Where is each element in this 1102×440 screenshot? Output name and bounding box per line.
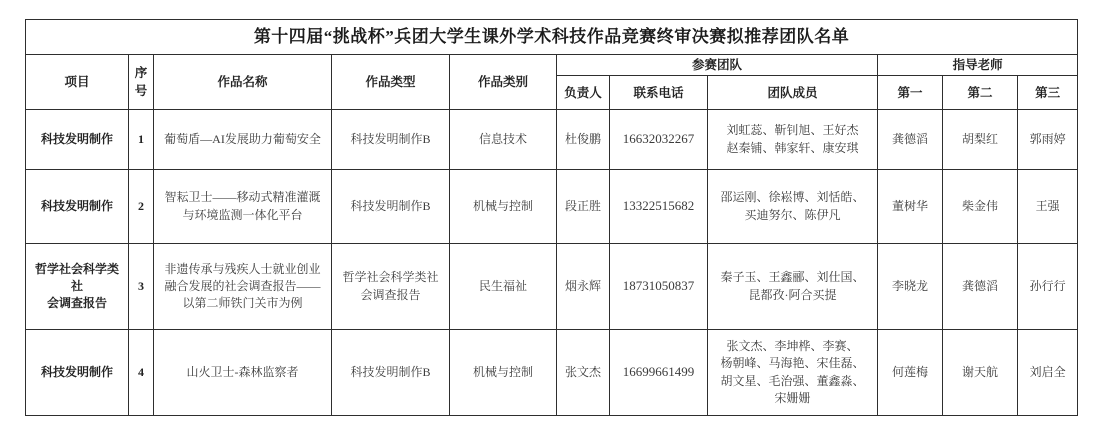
cell-advisor-third: 王强 <box>1018 170 1078 244</box>
col-header-work-name: 作品名称 <box>154 55 332 110</box>
title-row: 第十四届“挑战杯”兵团大学生课外学术科技作品竞赛终审决赛拟推荐团队名单 <box>26 20 1078 55</box>
cell-work-category: 民生福祉 <box>450 244 557 330</box>
cell-work-type: 科技发明制作B <box>332 110 450 170</box>
cell-advisor-first: 龚德滔 <box>878 110 943 170</box>
cell-advisor-third: 刘启全 <box>1018 330 1078 416</box>
cell-work-type: 科技发明制作B <box>332 330 450 416</box>
header-group-row: 项目 序 号 作品名称 作品类型 作品类别 参赛团队 指导老师 <box>26 55 1078 76</box>
cell-work-name: 智耘卫士——移动式精准灌溉 与环境监测一体化平台 <box>154 170 332 244</box>
cell-project: 科技发明制作 <box>26 330 129 416</box>
cell-phone: 18731050837 <box>610 244 708 330</box>
cell-members: 刘虹蕊、靳钊旭、王好杰 赵秦铺、韩家轩、康安琪 <box>708 110 878 170</box>
cell-work-category: 信息技术 <box>450 110 557 170</box>
cell-seq: 1 <box>129 110 154 170</box>
cell-phone: 16699661499 <box>610 330 708 416</box>
cell-phone: 13322515682 <box>610 170 708 244</box>
col-header-phone: 联系电话 <box>610 76 708 110</box>
document-page: 第十四届“挑战杯”兵团大学生课外学术科技作品竞赛终审决赛拟推荐团队名单 项目 序… <box>0 0 1102 440</box>
cell-members: 邵运刚、徐崧博、刘恬皓、 买迪努尔、陈伊凡 <box>708 170 878 244</box>
col-group-team: 参赛团队 <box>557 55 878 76</box>
cell-work-name: 葡萄盾—AI发展助力葡萄安全 <box>154 110 332 170</box>
cell-project: 科技发明制作 <box>26 110 129 170</box>
cell-work-category: 机械与控制 <box>450 170 557 244</box>
cell-project: 科技发明制作 <box>26 170 129 244</box>
cell-advisor-first: 何莲梅 <box>878 330 943 416</box>
cell-seq: 4 <box>129 330 154 416</box>
cell-advisor-second: 谢天航 <box>943 330 1018 416</box>
col-header-seq: 序 号 <box>129 55 154 110</box>
table-row: 哲学社会科学类 社 会调查报告 3 非遗传承与残疾人士就业创业 融合发展的社会调… <box>26 244 1078 330</box>
cell-work-type: 科技发明制作B <box>332 170 450 244</box>
col-header-work-category: 作品类别 <box>450 55 557 110</box>
col-header-advisor-third: 第三 <box>1018 76 1078 110</box>
cell-advisor-first: 董树华 <box>878 170 943 244</box>
col-header-project: 项目 <box>26 55 129 110</box>
col-header-leader: 负责人 <box>557 76 610 110</box>
cell-advisor-second: 胡梨红 <box>943 110 1018 170</box>
cell-advisor-third: 孙行行 <box>1018 244 1078 330</box>
cell-advisor-first: 李晓龙 <box>878 244 943 330</box>
cell-advisor-third: 郭雨婷 <box>1018 110 1078 170</box>
recommended-teams-table: 第十四届“挑战杯”兵团大学生课外学术科技作品竞赛终审决赛拟推荐团队名单 项目 序… <box>25 19 1078 416</box>
cell-seq: 2 <box>129 170 154 244</box>
cell-leader: 杜俊鹏 <box>557 110 610 170</box>
col-header-work-type: 作品类型 <box>332 55 450 110</box>
cell-phone: 16632032267 <box>610 110 708 170</box>
col-header-advisor-first: 第一 <box>878 76 943 110</box>
col-header-advisor-second: 第二 <box>943 76 1018 110</box>
cell-seq: 3 <box>129 244 154 330</box>
table-row: 科技发明制作 1 葡萄盾—AI发展助力葡萄安全 科技发明制作B 信息技术 杜俊鹏… <box>26 110 1078 170</box>
cell-members: 张文杰、李坤桦、李赛、 杨朝峰、马海艳、宋佳磊、 胡文星、毛治强、董鑫淼、 宋姗… <box>708 330 878 416</box>
cell-project: 哲学社会科学类 社 会调查报告 <box>26 244 129 330</box>
cell-work-category: 机械与控制 <box>450 330 557 416</box>
cell-leader: 张文杰 <box>557 330 610 416</box>
cell-leader: 段正胜 <box>557 170 610 244</box>
table-row: 科技发明制作 4 山火卫士-森林监察者 科技发明制作B 机械与控制 张文杰 16… <box>26 330 1078 416</box>
cell-work-name: 山火卫士-森林监察者 <box>154 330 332 416</box>
col-group-advisors: 指导老师 <box>878 55 1078 76</box>
cell-advisor-second: 柴金伟 <box>943 170 1018 244</box>
table-row: 科技发明制作 2 智耘卫士——移动式精准灌溉 与环境监测一体化平台 科技发明制作… <box>26 170 1078 244</box>
cell-leader: 烟永辉 <box>557 244 610 330</box>
cell-members: 秦子玉、王鑫郦、刘仕国、 昆都孜·阿合买提 <box>708 244 878 330</box>
col-header-members: 团队成员 <box>708 76 878 110</box>
table-title: 第十四届“挑战杯”兵团大学生课外学术科技作品竞赛终审决赛拟推荐团队名单 <box>26 20 1078 55</box>
cell-advisor-second: 龚德滔 <box>943 244 1018 330</box>
cell-work-type: 哲学社会科学类社 会调查报告 <box>332 244 450 330</box>
cell-work-name: 非遗传承与残疾人士就业创业 融合发展的社会调查报告—— 以第二师铁门关市为例 <box>154 244 332 330</box>
